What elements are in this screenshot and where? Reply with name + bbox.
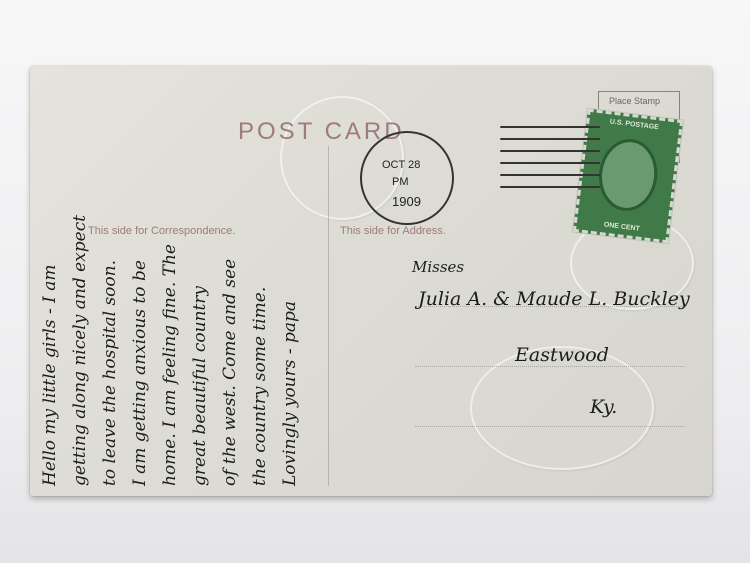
postage-stamp: U.S. POSTAGE ONE CENT	[573, 109, 683, 244]
message-line: getting along nicely and expect	[70, 215, 90, 486]
postcard: POST CARD This side for Correspondence. …	[30, 66, 712, 496]
message-line: of the west. Come and see	[220, 259, 240, 486]
address-line-3: Eastwood	[515, 344, 609, 366]
cancel-line	[500, 150, 600, 152]
message-line: to leave the hospital soon.	[100, 260, 120, 486]
message-line: great beautiful country	[190, 286, 210, 486]
message-line: Lovingly yours - papa	[280, 301, 300, 486]
message-line: the country some time.	[250, 287, 270, 486]
stamp-portrait	[595, 136, 661, 215]
message-line: I am getting anxious to be	[130, 260, 150, 486]
correspondence-label: This side for Correspondence.	[88, 225, 235, 237]
postmark-date: OCT 28	[382, 159, 420, 171]
cancel-line	[500, 138, 600, 140]
message-line: home. I am feeling fine. The	[160, 244, 180, 486]
address-line	[415, 426, 685, 427]
center-divider	[328, 146, 329, 486]
message-line: Hello my little girls - I am	[40, 265, 60, 487]
address-line-1: Misses	[412, 258, 464, 276]
address-line	[415, 366, 685, 367]
address-label: This side for Address.	[340, 225, 446, 237]
cancel-line	[500, 162, 600, 164]
cancel-line	[500, 174, 600, 176]
stamp-top-text: U.S. POSTAGE	[595, 117, 673, 133]
cancel-line	[500, 126, 600, 128]
stamp-bottom-text: ONE CENT	[583, 219, 661, 235]
address-line-2: Julia A. & Maude L. Buckley	[418, 288, 690, 310]
stamp-box-label: Place Stamp	[609, 96, 660, 106]
address-line-4: Ky.	[590, 396, 617, 418]
postmark-time: PM	[392, 176, 409, 188]
cancel-line	[500, 186, 600, 188]
postmark-year: 1909	[392, 194, 421, 209]
